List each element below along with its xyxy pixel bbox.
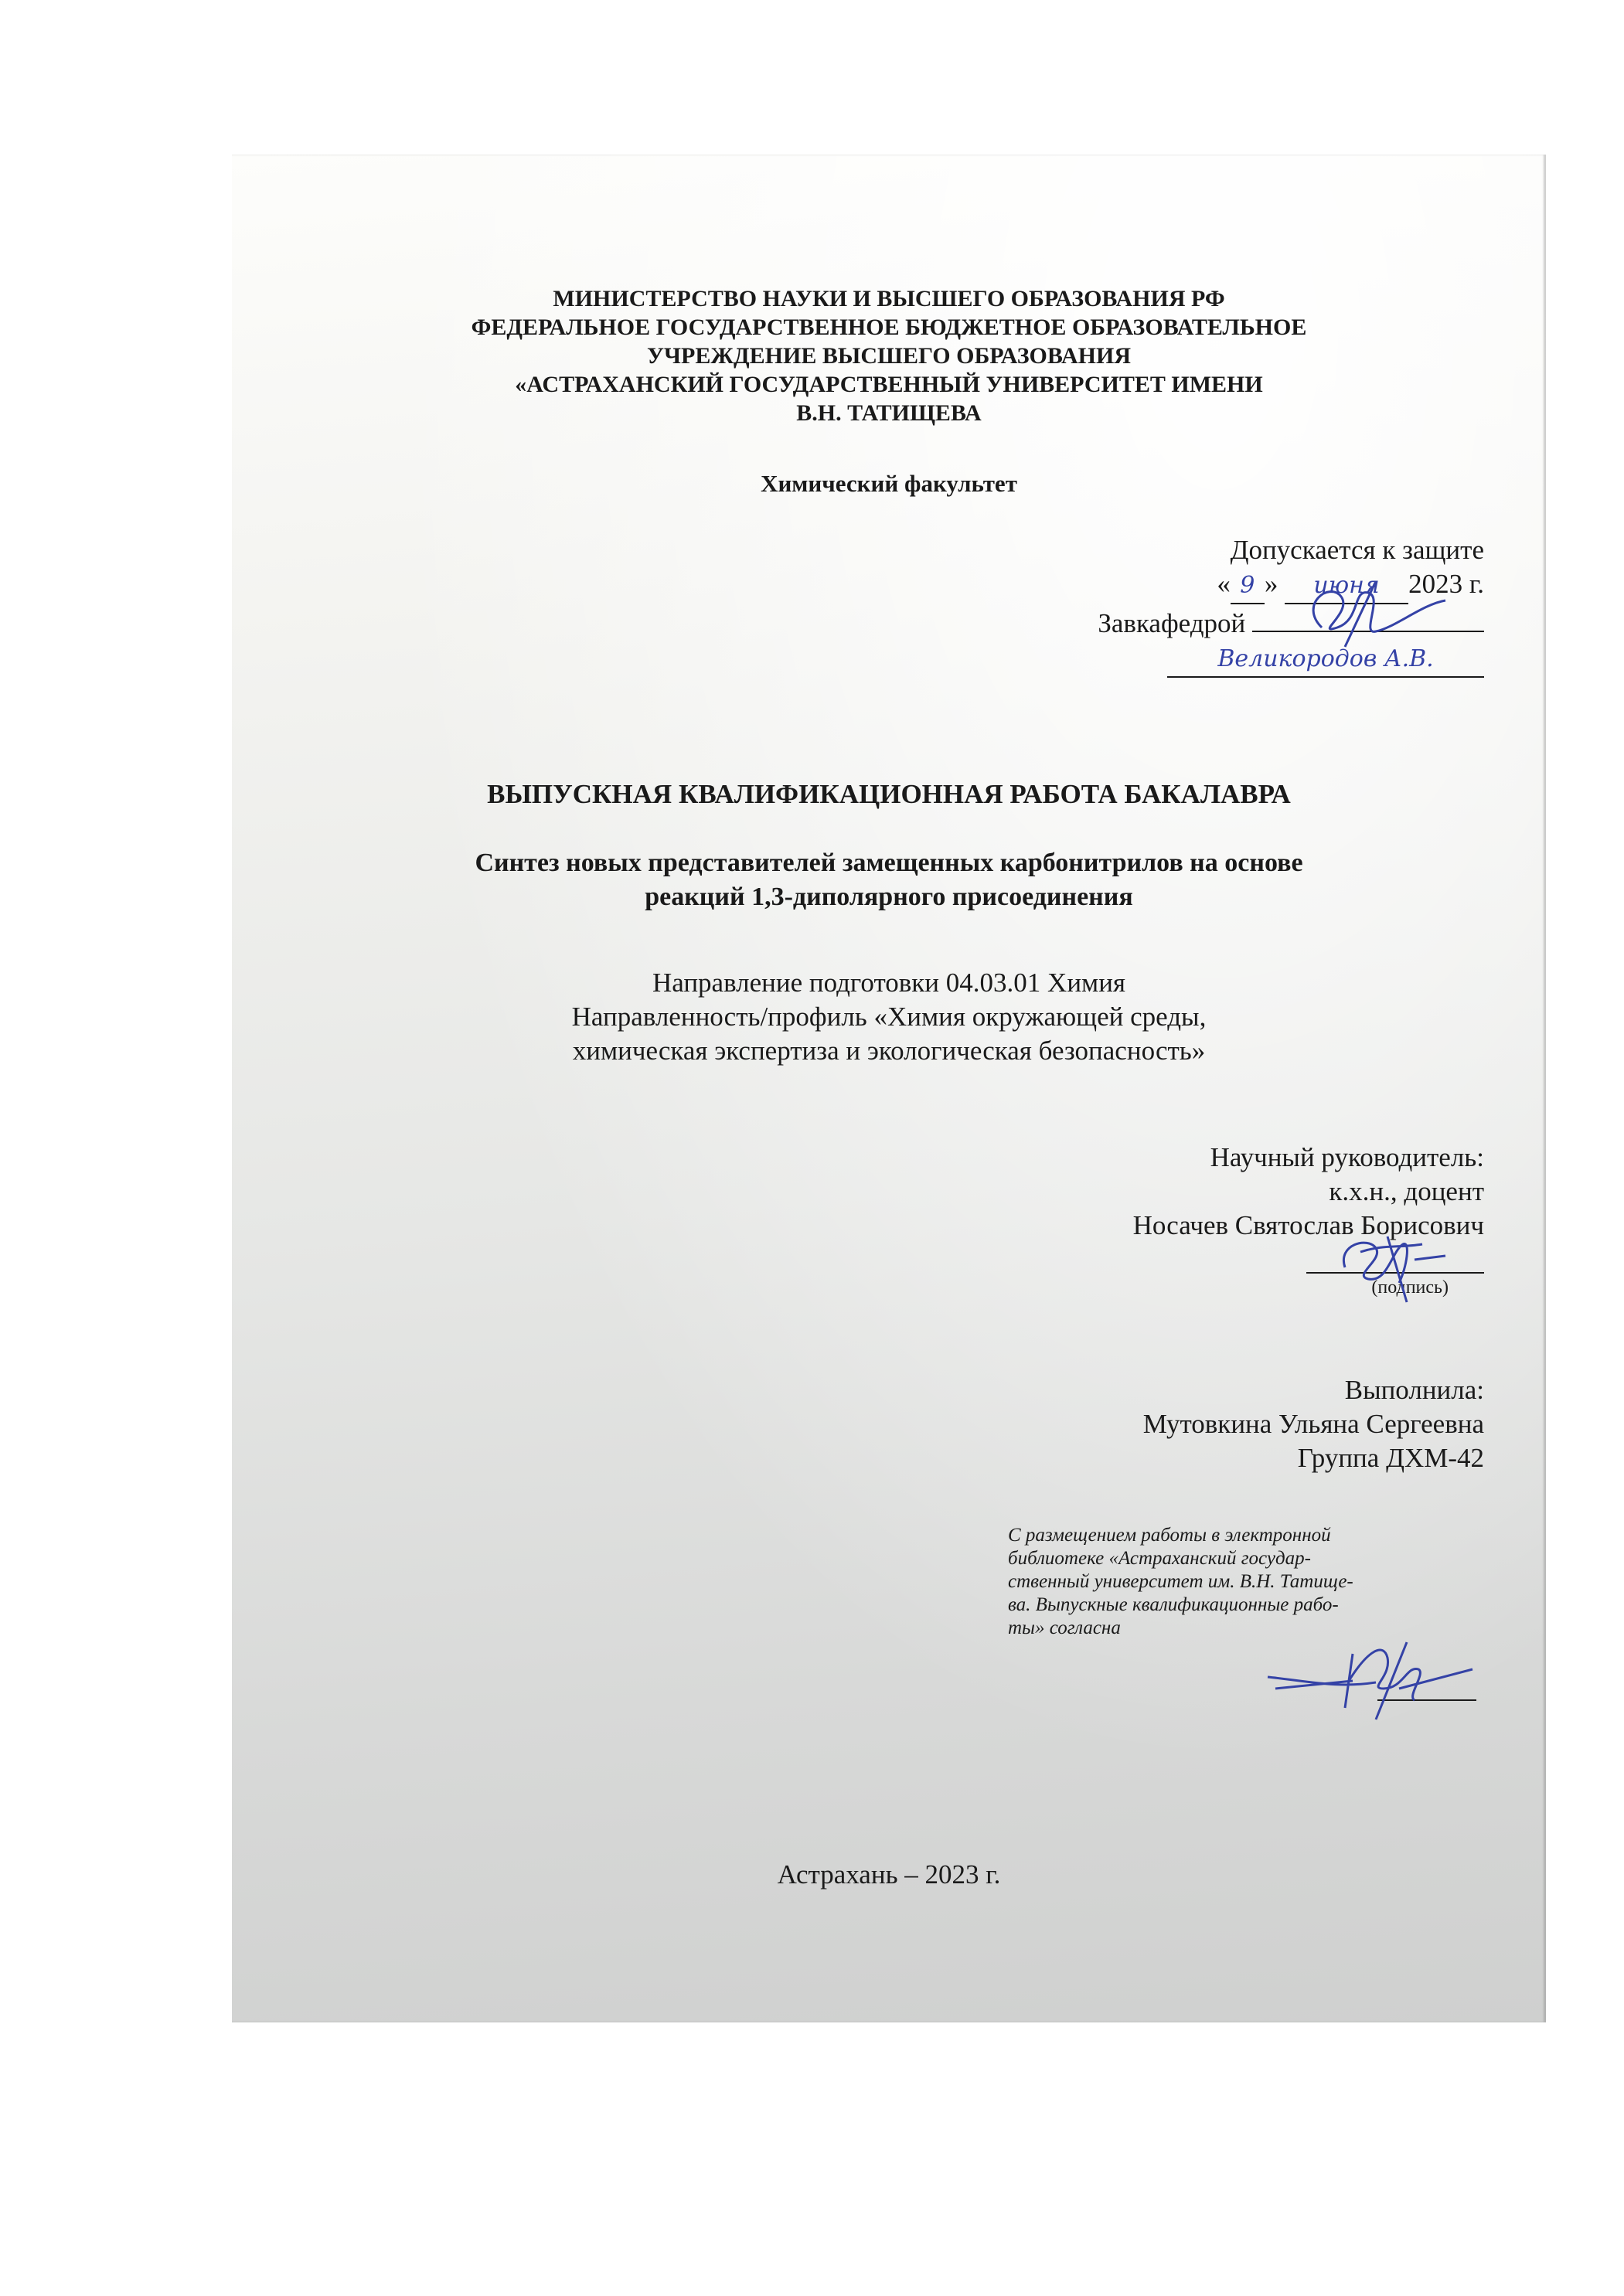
- head-name-row: Великородов А.В.: [1098, 641, 1484, 678]
- direction-line: Направление подготовки 04.03.01 Химия: [232, 966, 1546, 1000]
- header-line: В.Н. ТАТИЩЕВА: [232, 399, 1546, 427]
- head-signature-row: Завкафедрой: [1098, 604, 1484, 641]
- study-direction: Направление подготовки 04.03.01 Химия На…: [232, 966, 1546, 1068]
- city-year: Астрахань – 2023 г.: [232, 1859, 1546, 1890]
- head-label: Завкафедрой: [1098, 608, 1245, 638]
- date-year: 2023 г.: [1408, 569, 1484, 599]
- consent-signature: [1260, 1634, 1476, 1727]
- signature-caption: (подпись): [1133, 1277, 1449, 1298]
- thesis-title: Синтез новых представителей замещенных к…: [232, 846, 1546, 914]
- work-type-heading: ВЫПУСКНАЯ КВАЛИФИКАЦИОННАЯ РАБОТА БАКАЛА…: [232, 779, 1546, 810]
- date-day-handwritten: 9: [1231, 569, 1265, 604]
- direction-line: Направленность/профиль «Химия окружающей…: [232, 1000, 1546, 1034]
- consent-line: ственный университет им. В.Н. Татище-: [1008, 1570, 1441, 1594]
- direction-line: химическая экспертиза и экологическая бе…: [232, 1034, 1546, 1068]
- approval-date: «9» июня2023 г.: [1098, 567, 1484, 604]
- approval-block: Допускается к защите «9» июня2023 г. Зав…: [1098, 533, 1484, 678]
- head-signature-line: [1252, 604, 1484, 632]
- ministry-header: МИНИСТЕРСТВО НАУКИ И ВЫСШЕГО ОБРАЗОВАНИЯ…: [232, 284, 1546, 427]
- consent-line: С размещением работы в электронной: [1008, 1524, 1441, 1547]
- date-quote-open: «: [1217, 569, 1231, 599]
- consent-line: ва. Выпускные квалификационные рабо-: [1008, 1594, 1441, 1617]
- header-line: ФЕДЕРАЛЬНОЕ ГОСУДАРСТВЕННОЕ БЮДЖЕТНОЕ ОБ…: [232, 313, 1546, 342]
- header-line: УЧРЕЖДЕНИЕ ВЫСШЕГО ОБРАЗОВАНИЯ: [232, 342, 1546, 370]
- document-page: МИНИСТЕРСТВО НАУКИ И ВЫСШЕГО ОБРАЗОВАНИЯ…: [232, 155, 1546, 2022]
- performer-block: Выполнила: Мутовкина Ульяна Сергеевна Гр…: [1143, 1373, 1484, 1475]
- supervisor-signature-line: [1306, 1243, 1484, 1274]
- date-month-handwritten: июня: [1285, 569, 1408, 604]
- library-consent: С размещением работы в электронной библи…: [1008, 1524, 1441, 1640]
- performer-group: Группа ДХМ-42: [1143, 1441, 1484, 1475]
- admitted-label: Допускается к защите: [1098, 533, 1484, 567]
- consent-line: библиотеке «Астраханский государ-: [1008, 1547, 1441, 1570]
- date-quote-close: »: [1265, 569, 1278, 599]
- supervisor-block: Научный руководитель: к.х.н., доцент Нос…: [1133, 1141, 1484, 1298]
- supervisor-degree: к.х.н., доцент: [1133, 1175, 1484, 1209]
- header-line: МИНИСТЕРСТВО НАУКИ И ВЫСШЕГО ОБРАЗОВАНИЯ…: [232, 284, 1546, 313]
- performer-label: Выполнила:: [1143, 1373, 1484, 1407]
- title-line: реакций 1,3-диполярного присоединения: [232, 880, 1546, 914]
- supervisor-name: Носачев Святослав Борисович: [1133, 1209, 1484, 1243]
- performer-name: Мутовкина Ульяна Сергеевна: [1143, 1407, 1484, 1441]
- head-name-handwritten: Великородов А.В.: [1167, 642, 1484, 678]
- header-line: «АСТРАХАНСКИЙ ГОСУДАРСТВЕННЫЙ УНИВЕРСИТЕ…: [232, 370, 1546, 399]
- title-line: Синтез новых представителей замещенных к…: [232, 846, 1546, 880]
- supervisor-label: Научный руководитель:: [1133, 1141, 1484, 1175]
- consent-signature-line: [1377, 1699, 1476, 1701]
- faculty-name: Химический факультет: [232, 470, 1546, 498]
- consent-signature-icon: [1260, 1634, 1476, 1727]
- supervisor-signature-row: [1133, 1243, 1484, 1277]
